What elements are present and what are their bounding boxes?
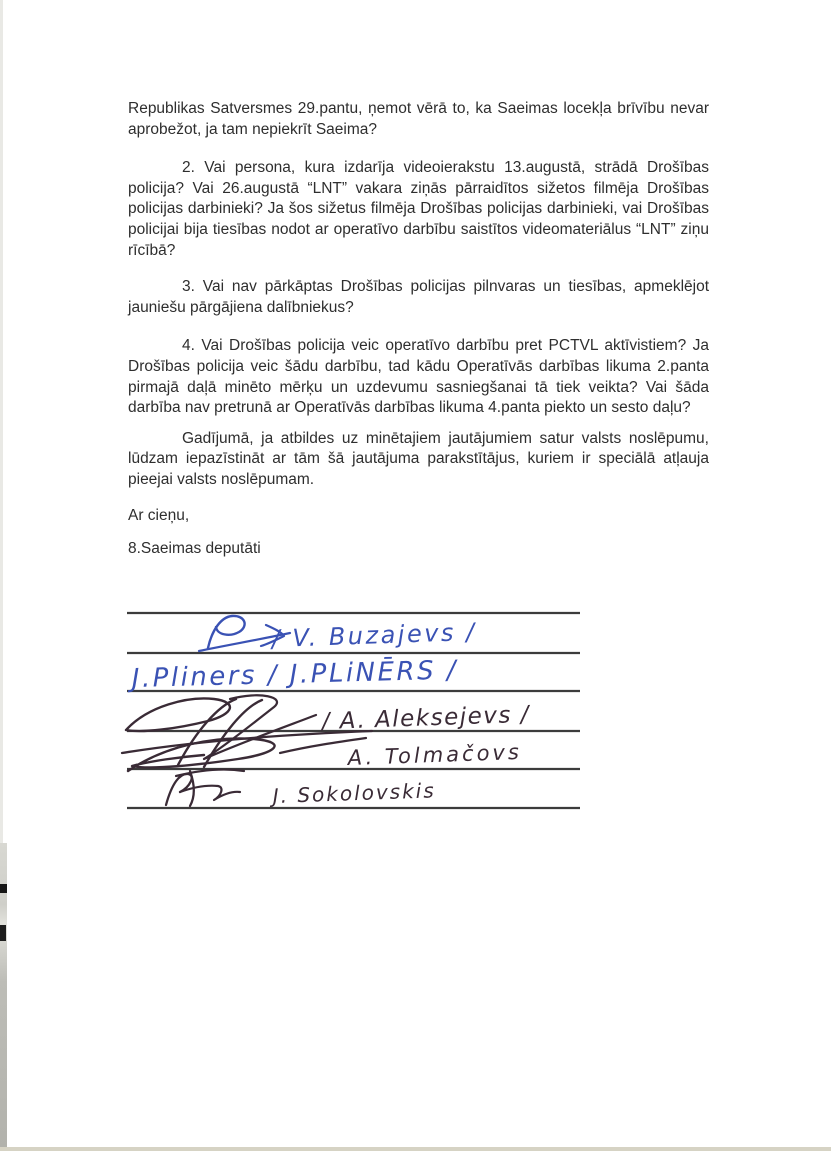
scan-artifact-blob	[0, 884, 7, 893]
paragraph-continuation: Republikas Satversmes 29.pantu, ņemot vē…	[128, 99, 709, 140]
scan-artifact-blob	[0, 925, 6, 941]
signature-name-buzajevs: / V. Buzajevs /	[269, 618, 477, 653]
signatory-line: 8.Saeimas deputāti	[128, 539, 709, 560]
paragraph-question-3: 3. Vai nav pārkāptas Drošības policijas …	[128, 277, 709, 318]
signature-block: / V. Buzajevs / J.Pliners / J.PLiNĒRS / …	[120, 603, 595, 823]
scan-edge-bottom	[0, 1147, 831, 1151]
closing-salutation: Ar cieņu,	[128, 506, 709, 527]
paragraph-question-2: 2. Vai persona, kura izdarīja videoierak…	[128, 158, 709, 261]
signature-name-pliners: J.Pliners / J.PLiNĒRS /	[126, 654, 459, 694]
signature-row-tolmacovs: A. Tolmačovs	[122, 731, 522, 771]
paragraph-secrecy-note: Gadījumā, ja atbildes uz minētajiem jaut…	[128, 429, 709, 491]
signature-row-sokolovskis: J. Sokolovskis	[166, 770, 436, 809]
signature-scribble-sokolovskis	[180, 786, 240, 800]
paragraph-question-4: 4. Vai Drošības policija veic operatīvo …	[128, 336, 709, 418]
scanned-document-page: Republikas Satversmes 29.pantu, ņemot vē…	[0, 0, 831, 1151]
signature-row-buzajevs: / V. Buzajevs /	[199, 616, 477, 653]
signatures-graphic: / V. Buzajevs / J.Pliners / J.PLiNĒRS / …	[120, 603, 595, 818]
letter-body: Republikas Satversmes 29.pantu, ņemot vē…	[128, 99, 709, 560]
signature-name-sokolovskis: J. Sokolovskis	[268, 778, 436, 808]
signature-name-tolmacovs: A. Tolmačovs	[345, 740, 522, 770]
signature-row-pliners: J.Pliners / J.PLiNĒRS /	[126, 654, 459, 694]
